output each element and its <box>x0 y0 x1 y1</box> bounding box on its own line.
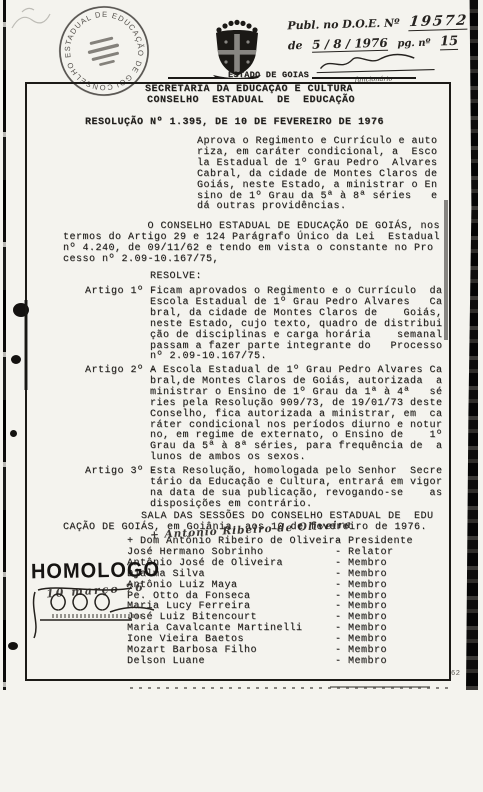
article-1-body: Ficam aprovados o Regimento e o Currícul… <box>150 287 443 363</box>
publ-date: 5 / 8 / 1976 <box>312 36 388 53</box>
scan-right-edge <box>466 0 478 690</box>
article-3-label: Artigo 3º - <box>85 467 157 478</box>
signatory-role: - Membro <box>335 657 387 668</box>
resolve-label: RESOLVE: <box>150 272 202 283</box>
resolution-title: RESOLUÇÃO Nº 1.395, DE 10 DE FEVEREIRO D… <box>85 118 384 129</box>
signatory-row: Antônio Luiz Maya - Membro <box>127 581 413 592</box>
signatories-list: + Dom Antônio Ribeiro de Oliveira - Pres… <box>127 537 413 668</box>
article-2-label: Artigo 2º - <box>85 366 157 377</box>
publ-annotation: Publ. no D.O.E. Nº 19572 de 5 / 8 / 1976… <box>287 12 469 86</box>
header-council: CONSELHO ESTADUAL DE EDUCAÇÃO <box>147 96 355 107</box>
article-3-body: Esta Resolução, homologada pelo Senhor S… <box>150 467 443 511</box>
article-1-label: Artigo 1º - <box>85 287 157 298</box>
article-2-body: A Escola Estadual de 1º Grau Pedro Alvar… <box>150 366 443 464</box>
signatory-role: - Membro <box>335 581 387 592</box>
header-state-line-left <box>168 77 224 79</box>
ink-blob <box>11 355 21 364</box>
signatory-name: Delson Luane <box>127 657 335 668</box>
publ-label2b: pg. nº <box>397 38 430 50</box>
ink-blob <box>10 430 17 437</box>
resolution-ementa: Aprova o Regimento e Currículo e auto ri… <box>197 137 438 213</box>
publ-label1: Publ. no D.O.E. Nº <box>287 16 400 32</box>
page-margin-mark: 62 <box>451 669 460 680</box>
header-state: ESTADO DE GOIAS <box>228 70 309 81</box>
publ-page: 15 <box>440 34 459 50</box>
frame-right-thick-segment <box>444 200 448 340</box>
homologo-smudge <box>52 614 142 618</box>
scanned-document-page: 62 CONSELHO ESTADUAL DE EDUCAÇÃO DE GOIÁ… <box>0 0 483 792</box>
header-state-line-right <box>312 77 416 79</box>
resolution-preamble: O CONSELHO ESTADUAL DE EDUCAÇÃO DE GOIÁS… <box>63 222 440 266</box>
signatory-row: Djalma Silva - Membro <box>127 570 413 581</box>
bottom-noise-dark-segment <box>330 686 430 688</box>
publ-label2a: de <box>288 39 303 52</box>
ink-blob <box>8 642 18 650</box>
frame-left-thick-segment <box>24 300 28 390</box>
scan-left-edge <box>3 0 6 690</box>
publ-number: 19572 <box>408 13 469 32</box>
signatory-role: - Membro <box>335 570 387 581</box>
signatory-row: Delson Luane - Membro <box>127 657 413 668</box>
